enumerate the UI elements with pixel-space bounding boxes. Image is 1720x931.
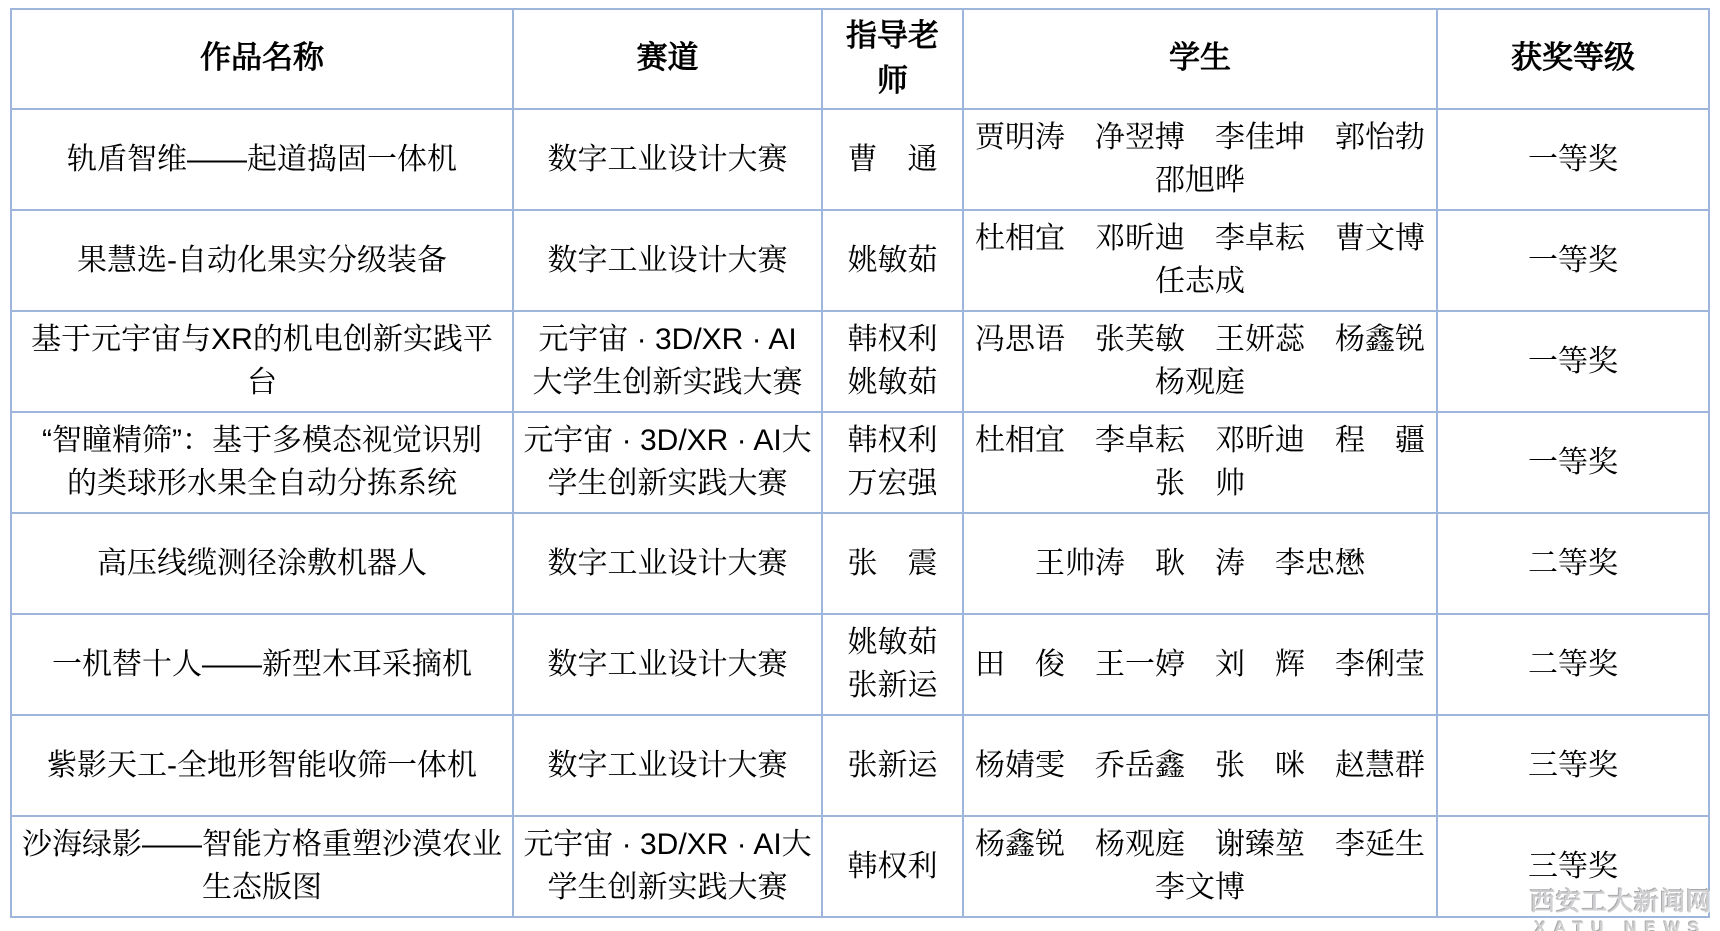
table-header-row: 作品名称 赛道 指导老师 学生 获奖等级 [11,9,1709,109]
work-name-cell: 果慧选-自动化果实分级装备 [11,210,513,311]
header-students: 学生 [963,9,1437,109]
students-cell: 王帅涛 耿 涛 李忠懋 [963,513,1437,614]
watermark-english-text: XATU NEWS [1530,917,1712,931]
award-level-cell: 三等奖 [1437,816,1709,917]
table-row: 轨盾智维——起道捣固一体机 数字工业设计大赛 曹 通 贾明涛 净翌搏 李佳坤 郭… [11,109,1709,210]
teacher-cell: 韩权利 姚敏茹 [822,311,963,412]
work-name-cell: 轨盾智维——起道捣固一体机 [11,109,513,210]
students-cell: 贾明涛 净翌搏 李佳坤 郭怡勃 邵旭晔 [963,109,1437,210]
award-table: 作品名称 赛道 指导老师 学生 获奖等级 轨盾智维——起道捣固一体机 数字工业设… [10,8,1710,918]
page: 作品名称 赛道 指导老师 学生 获奖等级 轨盾智维——起道捣固一体机 数字工业设… [0,8,1720,931]
table-row: 紫影天工-全地形智能收筛一体机 数字工业设计大赛 张新运 杨婧雯 乔岳鑫 张 咪… [11,715,1709,816]
award-level-cell: 二等奖 [1437,513,1709,614]
award-level-cell: 三等奖 [1437,715,1709,816]
table-row: “智瞳精筛”：基于多模态视觉识别 的类球形水果全自动分拣系统 元宇宙 · 3D/… [11,412,1709,513]
track-cell: 数字工业设计大赛 [513,109,822,210]
work-name-cell: 高压线缆测径涂敷机器人 [11,513,513,614]
work-name-cell: 紫影天工-全地形智能收筛一体机 [11,715,513,816]
students-cell: 冯思语 张芙敏 王妍蕊 杨鑫锐 杨观庭 [963,311,1437,412]
work-name-cell: 沙海绿影——智能方格重塑沙漠农业 生态版图 [11,816,513,917]
students-cell: 杜相宜 李卓耘 邓昕迪 程 疆 张 帅 [963,412,1437,513]
award-level-cell: 一等奖 [1437,412,1709,513]
track-cell: 数字工业设计大赛 [513,513,822,614]
teacher-cell: 张新运 [822,715,963,816]
header-teacher: 指导老师 [822,9,963,109]
teacher-cell: 姚敏茹 [822,210,963,311]
teacher-cell: 张 震 [822,513,963,614]
students-cell: 田 俊 王一婷 刘 辉 李俐莹 [963,614,1437,715]
table-row: 一机替十人——新型木耳采摘机 数字工业设计大赛 姚敏茹 张新运 田 俊 王一婷 … [11,614,1709,715]
track-cell: 数字工业设计大赛 [513,210,822,311]
award-level-cell: 一等奖 [1437,210,1709,311]
table-body: 轨盾智维——起道捣固一体机 数字工业设计大赛 曹 通 贾明涛 净翌搏 李佳坤 郭… [11,109,1709,917]
track-cell: 元宇宙 · 3D/XR · AI 大学生创新实践大赛 [513,311,822,412]
table-row: 果慧选-自动化果实分级装备 数字工业设计大赛 姚敏茹 杜相宜 邓昕迪 李卓耘 曹… [11,210,1709,311]
track-cell: 元宇宙 · 3D/XR · AI大 学生创新实践大赛 [513,816,822,917]
award-level-cell: 一等奖 [1437,109,1709,210]
award-level-cell: 一等奖 [1437,311,1709,412]
teacher-cell: 韩权利 [822,816,963,917]
track-cell: 数字工业设计大赛 [513,715,822,816]
work-name-cell: 一机替十人——新型木耳采摘机 [11,614,513,715]
table-row: 高压线缆测径涂敷机器人 数字工业设计大赛 张 震 王帅涛 耿 涛 李忠懋 二等奖 [11,513,1709,614]
table-row: 基于元宇宙与XR的机电创新实践平台 元宇宙 · 3D/XR · AI 大学生创新… [11,311,1709,412]
header-work-name: 作品名称 [11,9,513,109]
students-cell: 杨婧雯 乔岳鑫 张 咪 赵慧群 [963,715,1437,816]
students-cell: 杨鑫锐 杨观庭 谢臻堃 李延生 李文博 [963,816,1437,917]
award-level-cell: 二等奖 [1437,614,1709,715]
track-cell: 数字工业设计大赛 [513,614,822,715]
header-award-level: 获奖等级 [1437,9,1709,109]
students-cell: 杜相宜 邓昕迪 李卓耘 曹文博 任志成 [963,210,1437,311]
header-track: 赛道 [513,9,822,109]
teacher-cell: 姚敏茹 张新运 [822,614,963,715]
track-cell: 元宇宙 · 3D/XR · AI大 学生创新实践大赛 [513,412,822,513]
work-name-cell: “智瞳精筛”：基于多模态视觉识别 的类球形水果全自动分拣系统 [11,412,513,513]
teacher-cell: 曹 通 [822,109,963,210]
teacher-cell: 韩权利 万宏强 [822,412,963,513]
table-row: 沙海绿影——智能方格重塑沙漠农业 生态版图 元宇宙 · 3D/XR · AI大 … [11,816,1709,917]
work-name-cell: 基于元宇宙与XR的机电创新实践平台 [11,311,513,412]
